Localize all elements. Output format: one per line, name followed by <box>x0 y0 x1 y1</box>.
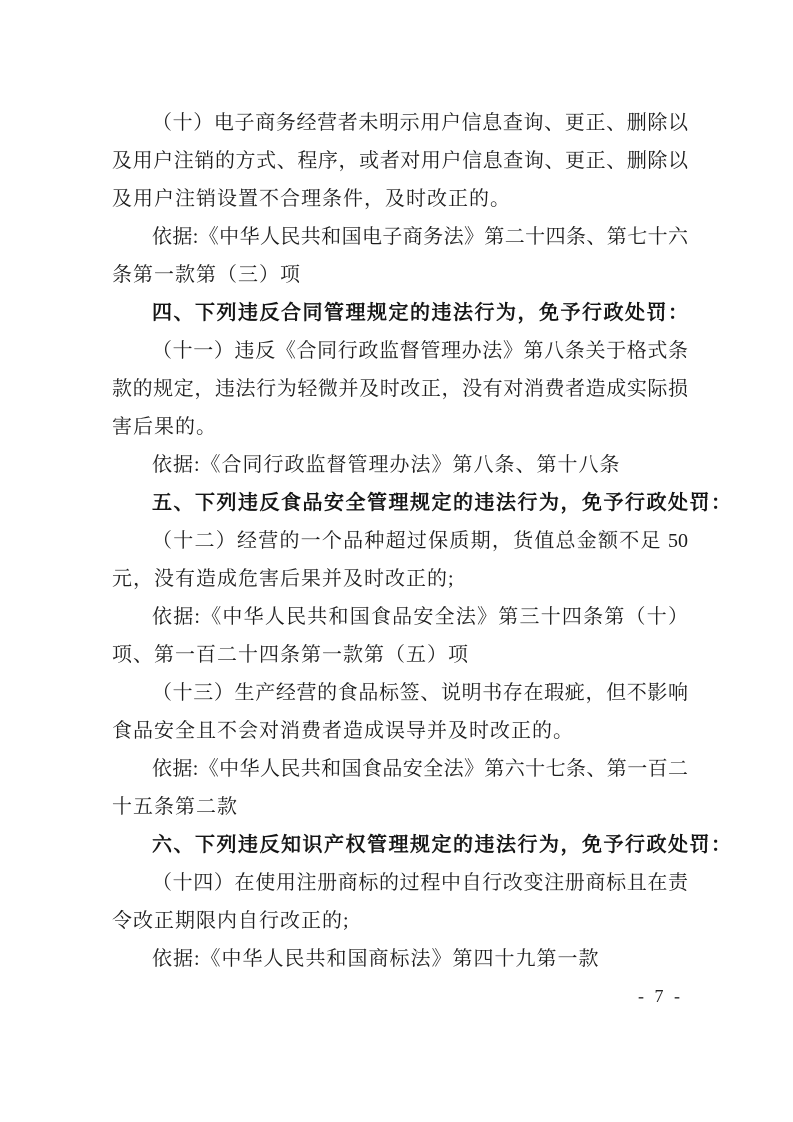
document-text-block: （十）电子商务经营者未明示用户信息查询、更正、删除以 及用户注销的方式、程序，或… <box>112 104 688 978</box>
section-4-heading: 四、下列违反合同管理规定的违法行为，免予行政处罚： <box>112 294 688 332</box>
clause-line: 食品安全且不会对消费者造成误导并及时改正的。 <box>112 712 688 750</box>
clause-line: （十二）经营的一个品种超过保质期，货值总金额不足 50 <box>112 522 688 560</box>
clause-line: （十）电子商务经营者未明示用户信息查询、更正、删除以 <box>112 104 688 142</box>
clause-line: 元，没有造成危害后果并及时改正的; <box>112 560 688 598</box>
clause-line: 令改正期限内自行改正的; <box>112 902 688 940</box>
clause-line: 害后果的。 <box>112 408 688 446</box>
clause-line: 款的规定，违法行为轻微并及时改正，没有对消费者造成实际损 <box>112 370 688 408</box>
basis-line: 依据:《中华人民共和国电子商务法》第二十四条、第七十六 <box>112 218 688 256</box>
section-5-heading: 五、下列违反食品安全管理规定的违法行为，免予行政处罚： <box>112 484 688 522</box>
clause-line: （十三）生产经营的食品标签、说明书存在瑕疵，但不影响 <box>112 674 688 712</box>
document-page: （十）电子商务经营者未明示用户信息查询、更正、删除以 及用户注销的方式、程序，或… <box>0 0 793 1122</box>
clause-line: （十一）违反《合同行政监督管理办法》第八条关于格式条 <box>112 332 688 370</box>
clause-line: 及用户注销设置不合理条件，及时改正的。 <box>112 180 688 218</box>
clause-line: 及用户注销的方式、程序，或者对用户信息查询、更正、删除以 <box>112 142 688 180</box>
basis-line: 依据:《中华人民共和国食品安全法》第三十四条第（十） <box>112 598 688 636</box>
basis-line: 项、第一百二十四条第一款第（五）项 <box>112 636 688 674</box>
page-number: - 7 - <box>638 984 683 1008</box>
basis-line: 依据:《合同行政监督管理办法》第八条、第十八条 <box>112 446 688 484</box>
section-6-heading: 六、下列违反知识产权管理规定的违法行为，免予行政处罚： <box>112 826 688 864</box>
basis-line: 条第一款第（三）项 <box>112 256 688 294</box>
basis-line: 依据:《中华人民共和国食品安全法》第六十七条、第一百二 <box>112 750 688 788</box>
basis-line: 十五条第二款 <box>112 788 688 826</box>
basis-line: 依据:《中华人民共和国商标法》第四十九第一款 <box>112 940 688 978</box>
clause-line: （十四）在使用注册商标的过程中自行改变注册商标且在责 <box>112 864 688 902</box>
